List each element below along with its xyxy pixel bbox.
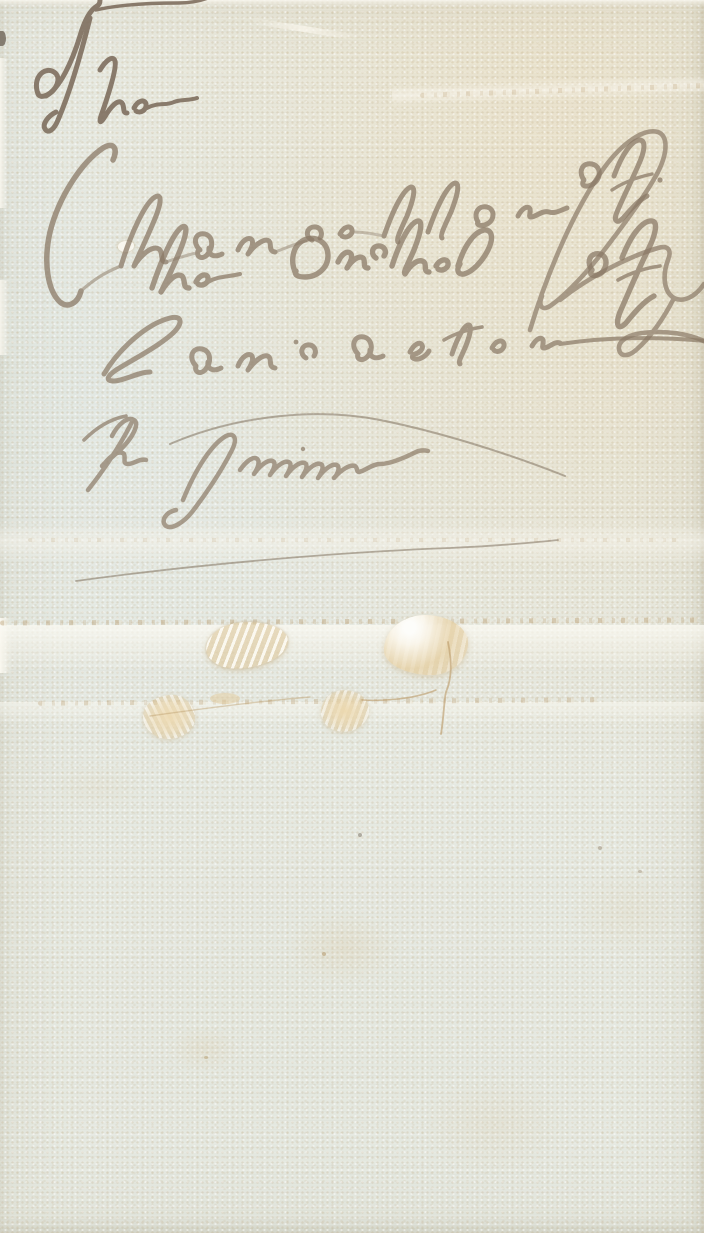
handwritten-line-lancaster — [104, 317, 704, 381]
letter-sheet: The Chancellor of the Duchy of Lancaster… — [0, 0, 704, 1233]
handwritten-line-the — [36, 0, 208, 131]
crease-scratches — [150, 642, 451, 734]
handwriting-svg — [0, 0, 704, 1233]
thin-pen-marks — [76, 414, 565, 581]
handwritten-signature — [84, 416, 428, 527]
